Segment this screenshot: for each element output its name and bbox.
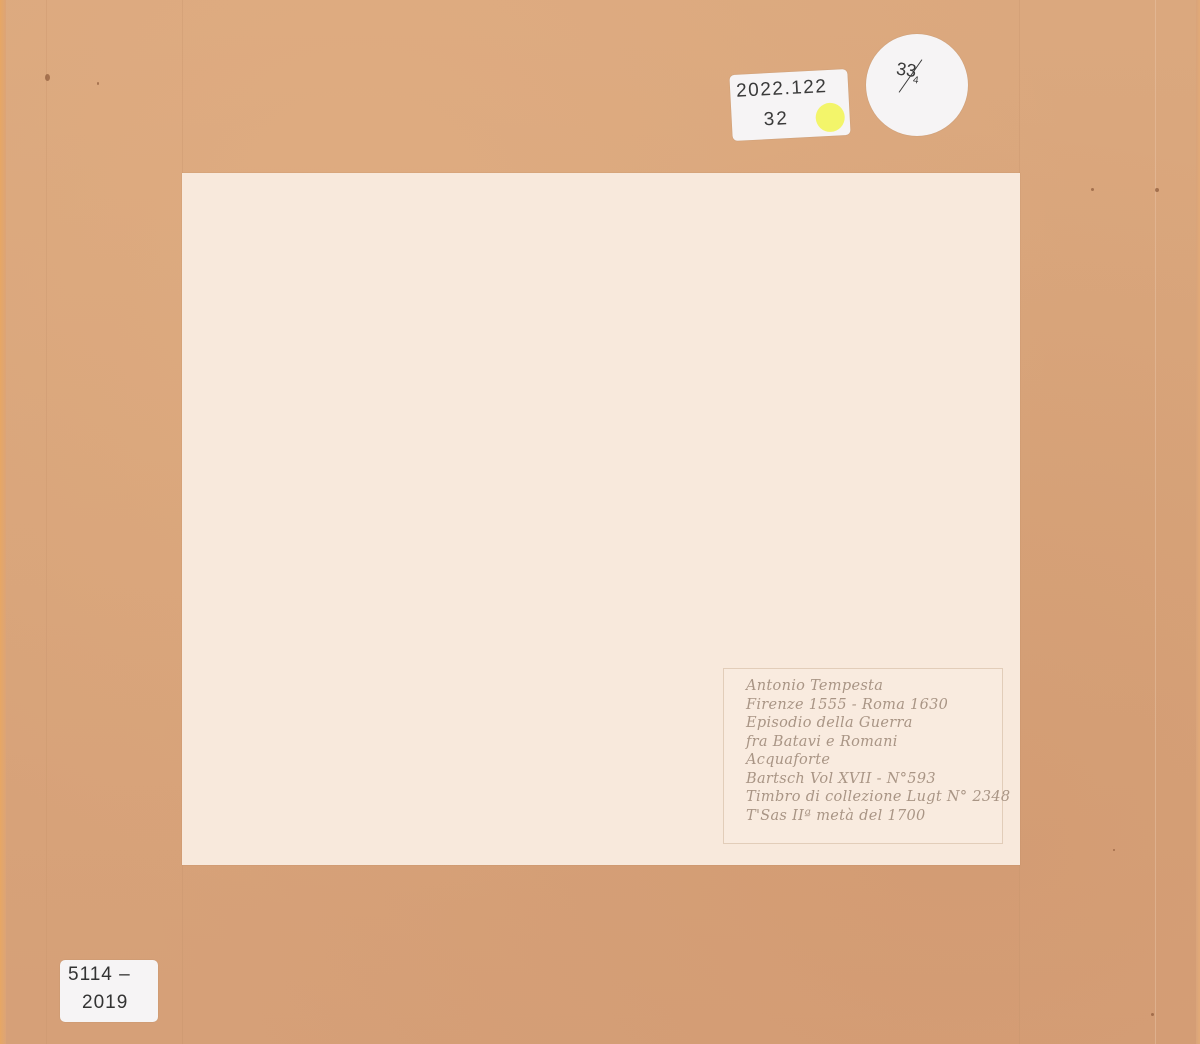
stain-spot <box>1113 849 1115 851</box>
frame-edge-left <box>0 0 6 1044</box>
backing-seam-left <box>46 0 47 1044</box>
note-title-2: fra Batavi e Romani <box>746 733 1002 752</box>
note-catalogue: Bartsch Vol XVII - N°593 <box>746 770 1002 789</box>
note-technique: Acquaforte <box>746 751 1002 770</box>
stain-spot <box>1151 1013 1154 1016</box>
fraction-denominator: 4 <box>912 75 919 87</box>
stain-spot <box>45 74 50 81</box>
accession-label: 2022.122 32 <box>729 69 850 141</box>
stain-spot <box>1091 188 1094 191</box>
backing-seam-right <box>1155 0 1156 1044</box>
frame-backing-board: Antonio Tempesta Firenze 1555 - Roma 163… <box>0 0 1200 1044</box>
handwritten-note-card: Antonio Tempesta Firenze 1555 - Roma 163… <box>723 668 1003 844</box>
frame-edge-right <box>1196 0 1200 1044</box>
inventory-label: 5114 – 2019 <box>60 960 158 1022</box>
note-collection-stamp: Timbro di collezione Lugt N° 2348 <box>746 788 1002 807</box>
round-sticker-fraction: 334 <box>894 58 921 86</box>
accession-number: 2022.122 <box>736 76 828 103</box>
yellow-dot-sticker <box>815 102 845 132</box>
note-artist: Antonio Tempesta <box>746 677 1002 696</box>
note-dates: Firenze 1555 - Roma 1630 <box>746 696 1002 715</box>
inventory-number: 5114 – <box>68 964 131 986</box>
stain-spot <box>1155 188 1159 192</box>
note-collector: T'Sas IIª metà del 1700 <box>746 807 1002 826</box>
stain-spot <box>97 82 99 85</box>
round-sticker: 334 <box>866 34 968 136</box>
note-title-1: Episodio della Guerra <box>746 714 1002 733</box>
inventory-year: 2019 <box>82 992 128 1014</box>
accession-item: 32 <box>763 108 789 131</box>
